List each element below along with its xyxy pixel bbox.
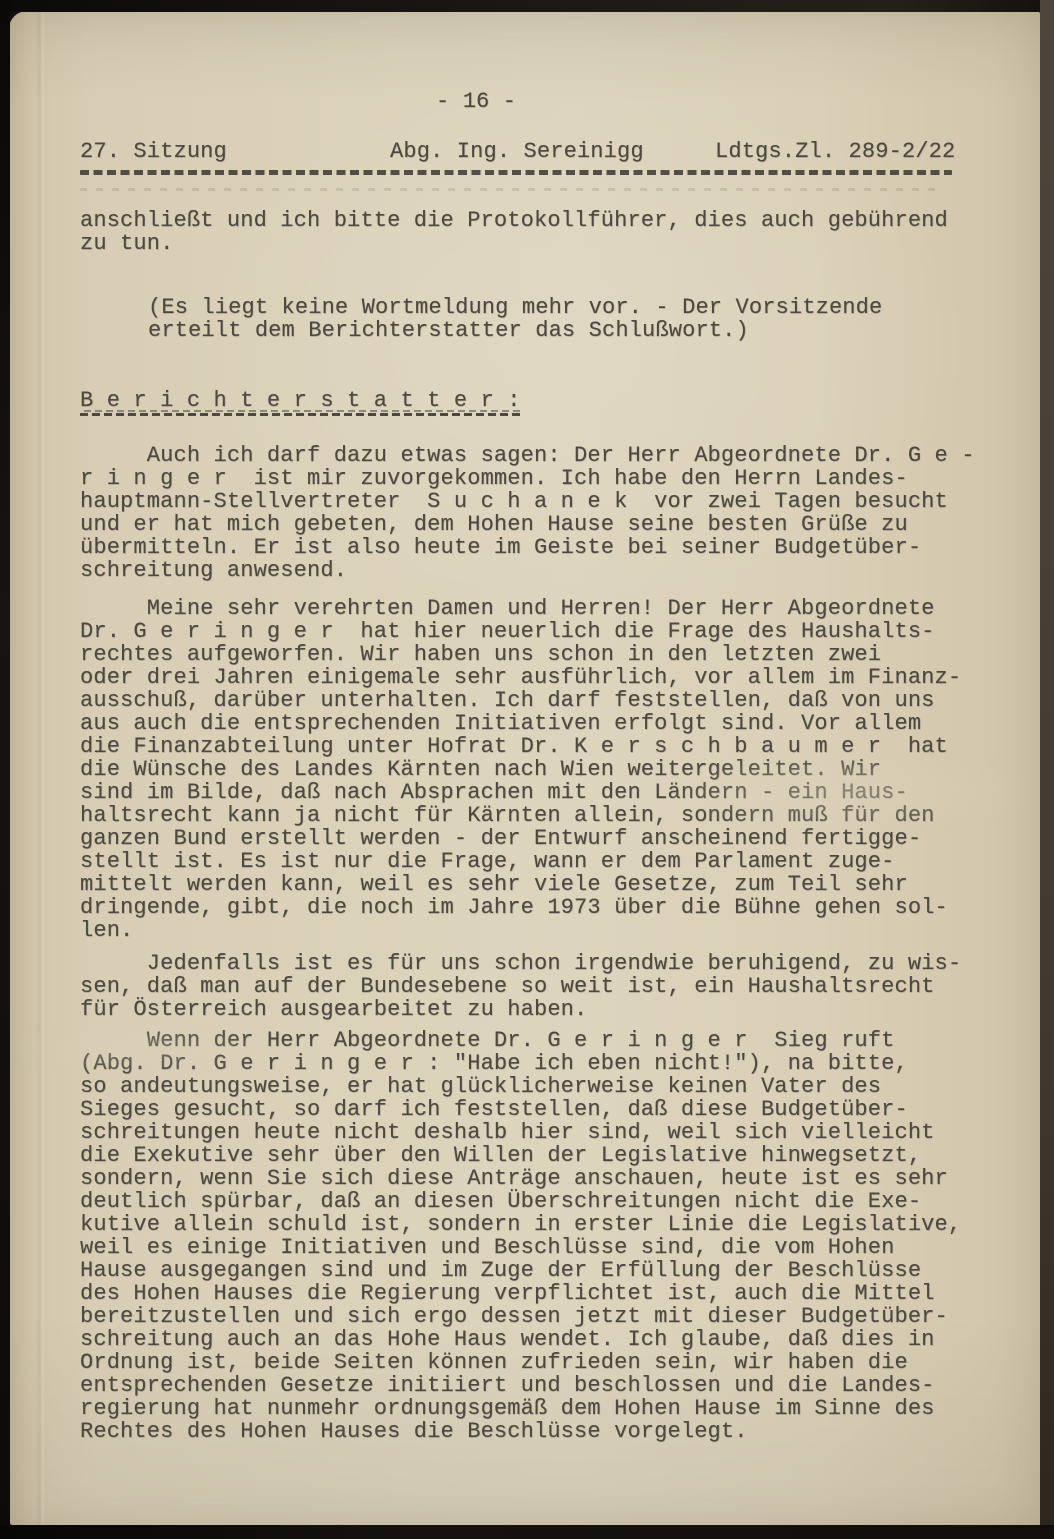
paragraph-2: Meine sehr verehrten Damen und Herren! D…: [80, 597, 1041, 942]
scan-edge-right: [1040, 0, 1054, 1539]
paper-sheet: - 16 - 27. Sitzung Abg. Ing. Sereinigg L…: [9, 11, 1041, 1526]
session-label: 27. Sitzung: [80, 140, 390, 163]
speaker-heading: B e r i c h t e r s t a t t e r :: [80, 389, 521, 416]
dashed-divider: [80, 170, 952, 175]
paragraph-3: Jedenfalls ist es für uns schon irgendwi…: [80, 952, 1041, 1021]
document-reference: Ldtgs.Zl. 289-2/22: [715, 140, 965, 163]
scan-edge-top: [0, 0, 1054, 12]
scan-edge-bottom: [0, 1525, 1054, 1539]
scanned-page: - 16 - 27. Sitzung Abg. Ing. Sereinigg L…: [0, 0, 1054, 1539]
page-number: - 16 -: [436, 90, 1041, 113]
intro-paragraph: anschließt und ich bitte die Protokollfü…: [80, 209, 1041, 255]
paragraph-1: Auch ich darf dazu etwas sagen: Der Herr…: [80, 444, 1041, 582]
dashed-divider-ghost: [80, 188, 940, 191]
paper-crease: [35, 11, 45, 1526]
speaker-name-header: Abg. Ing. Sereinigg: [390, 140, 715, 163]
scan-edge-left: [0, 0, 10, 1539]
stage-direction: (Es liegt keine Wortmeldung mehr vor. - …: [148, 296, 1041, 342]
paragraph-4: Wenn der Herr Abgeordnete Dr. G e r i n …: [80, 1029, 1041, 1443]
page-header: 27. Sitzung Abg. Ing. Sereinigg Ldtgs.Zl…: [80, 140, 965, 163]
